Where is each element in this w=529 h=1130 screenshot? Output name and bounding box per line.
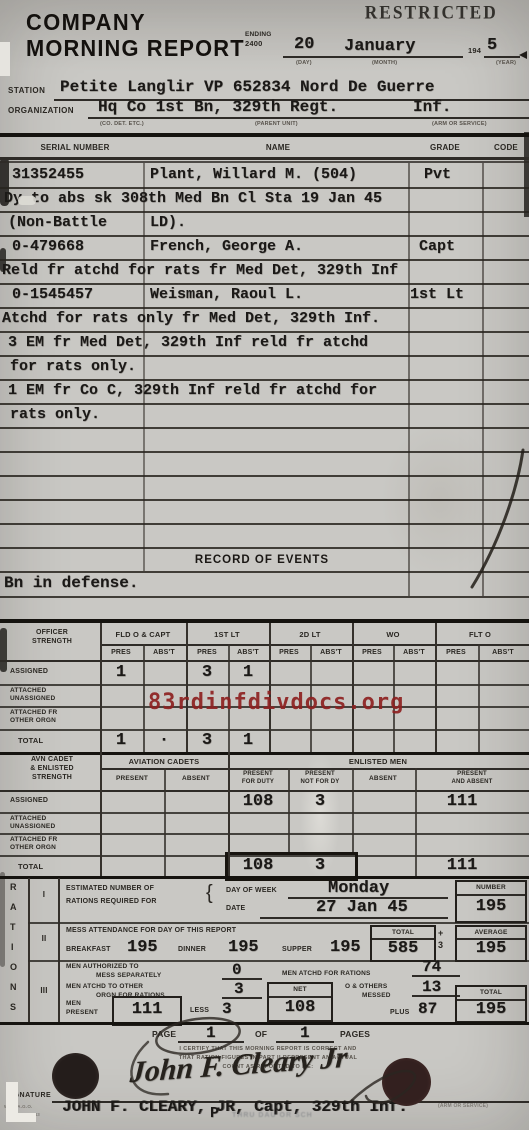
report-month: January: [344, 37, 415, 56]
row-label-assigned: ASSIGNED: [10, 668, 48, 675]
underline: [178, 1041, 244, 1043]
scan-artifact: [0, 872, 5, 967]
grid-vertical: [58, 878, 60, 1022]
rations-roman-3: III: [40, 986, 47, 995]
others-messed-label-1: O & OTHERS: [345, 983, 387, 990]
mess-total-box: TOTAL 585: [370, 925, 436, 962]
officer-corner-line1: OFFICER: [36, 629, 68, 636]
table-row: Reld fr atchd for rats fr Med Det, 329th…: [0, 259, 529, 285]
officer-assigned-1lt-abst: 1: [243, 663, 253, 682]
col-header-code: CODE: [494, 143, 518, 152]
punch-hole: [52, 1053, 99, 1099]
officer-group-flt: FLT O: [469, 630, 491, 639]
year-sublabel: (YEAR): [496, 60, 516, 66]
officer-group-fld: FLD O & CAPT: [116, 630, 171, 639]
day-sublabel: (DAY): [296, 60, 312, 66]
others-messed-label-2: MESSED: [362, 992, 391, 999]
rations-total-value: 195: [476, 1000, 507, 1019]
organization-underline: [88, 117, 529, 119]
grid-vertical: [100, 752, 102, 876]
dinner-label: DINNER: [178, 946, 206, 953]
record-of-events-title: RECORD OF EVENTS: [195, 554, 329, 566]
number-value: 195: [476, 897, 507, 916]
box-divider: [457, 894, 525, 896]
organization-label: ORGANIZATION: [8, 106, 74, 115]
rations-roman-2: II: [42, 934, 47, 943]
cell-remark: rats only.: [10, 406, 100, 423]
organization-service: Inf.: [413, 98, 451, 116]
grid-vertical: [143, 644, 145, 752]
table-row: for rats only.: [0, 355, 529, 381]
grid-vertical: [228, 752, 230, 876]
row-label-attached-fr-2: OTHER ORGN: [10, 717, 56, 724]
day-of-week-label: DAY OF WEEK: [226, 887, 277, 894]
grid-vertical: [269, 623, 271, 752]
scan-artifact: [0, 628, 7, 672]
record-of-events-entry: Bn in defense.: [4, 574, 138, 592]
table-row: Bn in defense.: [0, 571, 529, 598]
grid-vertical: [352, 623, 354, 752]
atchd-rations-value: 74: [422, 958, 441, 976]
abst-label: ABS'T: [320, 649, 342, 656]
net-box: NET 108: [267, 982, 333, 1022]
station-label: STATION: [8, 86, 45, 95]
scan-artifact: [0, 42, 10, 76]
pres-label: PRES: [111, 649, 131, 656]
divisor-sign: +: [438, 928, 443, 938]
col-pa-2: AND ABSENT: [451, 779, 492, 785]
atchd-other-value: 3: [234, 980, 244, 998]
abst-label: ABS'T: [403, 649, 425, 656]
enlisted-assigned-pfd: 108: [243, 792, 274, 811]
rations-letter: S: [10, 1002, 16, 1012]
section-divider: [0, 133, 529, 137]
report-title-line2: MORNING REPORT: [26, 35, 245, 62]
signature-label: SIGNATURE: [6, 1092, 51, 1099]
underline: [412, 995, 460, 997]
row-label-attached-unassigned-2: UNASSIGNED: [10, 695, 55, 702]
report-day: 20: [294, 35, 314, 54]
mess-total-label: TOTAL: [392, 929, 414, 936]
mess-total-value: 585: [388, 939, 419, 958]
grid-vertical: [352, 768, 354, 852]
org-sublabel-3: (ARM OR SERVICE): [432, 121, 487, 127]
less-value: 3: [222, 1000, 232, 1018]
underline: [412, 975, 460, 977]
date-underline: [283, 56, 463, 58]
morning-report-document: RESTRICTED COMPANY MORNING REPORT ENDING…: [0, 0, 529, 1130]
pres-label: PRES: [279, 649, 299, 656]
page-label: PAGE: [152, 1029, 176, 1039]
cell-name: French, George A.: [150, 238, 303, 255]
officer-corner-line2: STRENGTH: [32, 638, 72, 645]
rations-est-label-2: RATIONS REQUIRED FOR: [66, 898, 157, 905]
number-box: NUMBER 195: [455, 880, 527, 923]
col-absent: ABSENT: [369, 775, 397, 782]
pages-value: 1: [300, 1024, 310, 1042]
officer-total-1lt-pres: 3: [202, 731, 212, 750]
organization-value: Hq Co 1st Bn, 329th Regt.: [98, 98, 338, 116]
table-row: Atchd for rats only fr Med Det, 329th In…: [0, 307, 529, 333]
row-label-attached-fr-1: ATTACHED FR: [10, 836, 57, 843]
grid-line: [0, 729, 529, 731]
org-sublabel-2: (PARENT UNIT): [255, 121, 298, 127]
cell-grade: 1st Lt: [410, 286, 464, 303]
of-label: OF: [255, 1029, 267, 1039]
org-sublabel-1: (CO. DET. ETC.): [100, 121, 144, 127]
grid-vertical: [435, 623, 437, 752]
rations-letter: R: [10, 882, 17, 892]
section-divider: [0, 752, 529, 755]
rations-letter: N: [10, 982, 17, 992]
abst-label: ABS'T: [237, 649, 259, 656]
officer-assigned-1lt-pres: 3: [202, 663, 212, 682]
col-av-present: PRESENT: [116, 775, 148, 782]
table-row: rats only.: [0, 403, 529, 429]
grid-line: [28, 960, 529, 962]
enlisted-corner-line1: AVN CADET: [31, 756, 73, 763]
cell-name: LD).: [150, 214, 186, 231]
officer-assigned-fld-pres: 1: [116, 663, 126, 682]
cell-serial: 0-479668: [12, 238, 84, 255]
pages-label: PAGES: [340, 1029, 370, 1039]
col-pfd-1: PRESENT: [243, 771, 273, 777]
col-pfd-2: FOR DUTY: [242, 779, 274, 785]
average-box: AVERAGE 195: [455, 925, 527, 962]
pres-label: PRES: [446, 649, 466, 656]
underline: [260, 917, 448, 919]
breakfast-label: BREAKFAST: [66, 946, 111, 953]
row-label-attached-unassigned-1: ATTACHED: [10, 815, 46, 822]
enlisted-total-pfd: 108: [243, 856, 274, 875]
table-row: 1 EM fr Co C, 329th Inf reld fr atchd fo…: [0, 379, 529, 405]
supper-value: 195: [330, 938, 361, 957]
auth-mess-label-2: MESS SEPARATELY: [96, 972, 161, 979]
aviation-cadets-group: AVIATION CADETS: [129, 757, 200, 766]
table-row: 0-1545457 Weisman, Raoul L. 1st Lt: [0, 283, 529, 309]
form-id: W.D., A.G.O.: [4, 1104, 32, 1109]
year-digit: 5: [487, 36, 497, 55]
cell-remark: Dy to abs sk 308th Med Bn Cl Sta 19 Jan …: [4, 190, 382, 207]
rations-total-label: TOTAL: [480, 989, 502, 996]
auth-mess-value: 0: [232, 961, 242, 979]
underline: [222, 997, 262, 999]
net-label: NET: [293, 986, 307, 993]
watermark: 83rdinfdivdocs.org: [148, 690, 404, 715]
enlisted-assigned-pnfd: 3: [315, 792, 325, 811]
plus-value: 87: [418, 1000, 437, 1018]
grid-line: [0, 660, 529, 662]
grid-vertical: [186, 623, 188, 752]
grid-line: [100, 644, 529, 646]
section-divider: [0, 619, 529, 623]
col-header-serial: SERIAL NUMBER: [40, 143, 109, 152]
cell-serial: 31352455: [12, 166, 84, 183]
rations-letter: O: [10, 962, 17, 972]
col-header-grade: GRADE: [430, 143, 460, 152]
report-title-line1: COMPANY: [26, 9, 146, 36]
rations-est-label-1: ESTIMATED NUMBER OF: [66, 885, 154, 892]
pen-tick: [519, 51, 527, 59]
ending-label: ENDING: [245, 31, 271, 38]
table-row: (Non-Battle LD).: [0, 211, 529, 237]
row-label-attached-fr-2: OTHER ORGN: [10, 844, 56, 851]
grid-line: [0, 812, 529, 814]
station-value: Petite Langlir VP 652834 Nord De Guerre: [60, 78, 434, 96]
ending-value: 2400: [245, 39, 263, 48]
table-row-blank: [0, 475, 529, 501]
grid-line: [0, 684, 529, 686]
men-present-label-2: PRESENT: [66, 1009, 98, 1016]
month-sublabel: (MONTH): [372, 60, 397, 66]
enlisted-assigned-pa: 111: [447, 792, 478, 811]
grid-vertical: [288, 768, 290, 852]
cell-serial: (Non-Battle: [8, 214, 107, 231]
grid-line: [0, 833, 529, 835]
table-row: 31352455 Plant, Willard M. (504) Pvt: [0, 163, 529, 189]
others-messed-value: 13: [422, 978, 441, 996]
cell-remark: Atchd for rats only fr Med Det, 329th In…: [2, 310, 380, 327]
cell-remark: for rats only.: [10, 358, 136, 375]
cell-serial: 0-1545457: [12, 286, 93, 303]
rations-letter: A: [10, 902, 17, 912]
arm-service-sublabel: (ARM OR SERVICE): [438, 1103, 488, 1109]
cell-remark: 3 EM fr Med Det, 329th Inf reld fr atchd: [8, 334, 368, 351]
row-label-total: TOTAL: [18, 736, 43, 745]
grid-vertical: [415, 768, 417, 876]
year-prefix: 194: [468, 46, 481, 55]
header-rule: [0, 157, 529, 160]
mess-attendance-label: MESS ATTENDANCE FOR DAY OF THIS REPORT: [66, 927, 236, 934]
table-row: Dy to abs sk 308th Med Bn Cl Sta 19 Jan …: [0, 187, 529, 213]
less-label: LESS: [190, 1007, 209, 1014]
p-mark: P: [210, 1105, 219, 1122]
table-row: 3 EM fr Med Det, 329th Inf reld fr atchd: [0, 331, 529, 357]
cell-remark: Reld fr atchd for rats fr Med Det, 329th…: [2, 262, 398, 279]
col-header-name: NAME: [266, 143, 290, 152]
cell-grade: Capt: [419, 238, 455, 255]
table-row-blank: [0, 427, 529, 453]
pres-label: PRES: [197, 649, 217, 656]
cell-remark: 1 EM fr Co C, 329th Inf reld fr atchd fo…: [8, 382, 377, 399]
grid-vertical: [478, 644, 480, 752]
average-label: AVERAGE: [474, 929, 507, 936]
date-label: DATE: [226, 905, 245, 912]
divisor-value: 3: [438, 940, 443, 950]
enlisted-total-pa: 111: [447, 856, 478, 875]
table-row-blank: [0, 451, 529, 477]
brace: {: [206, 882, 213, 905]
abst-label: ABS'T: [153, 649, 175, 656]
men-present-value: 111: [132, 1000, 163, 1019]
page-value: 1: [206, 1024, 216, 1042]
grid-vertical: [100, 623, 102, 752]
dinner-value: 195: [228, 938, 259, 957]
year-underline: [484, 56, 520, 58]
row-label-attached-unassigned-2: UNASSIGNED: [10, 823, 55, 830]
cell-grade: Pvt: [424, 166, 451, 183]
table-row-blank: [0, 523, 529, 549]
signature-script: John F. Cleary Jr: [129, 1041, 349, 1090]
day-of-week-value: Monday: [328, 879, 389, 898]
row-label-attached-unassigned-1: ATTACHED: [10, 687, 46, 694]
col-pnfd-1: PRESENT: [305, 771, 335, 777]
classification-stamp: RESTRICTED: [365, 2, 498, 24]
faint-stamp: THRU DAU OR SCH: [232, 1112, 313, 1119]
net-value: 108: [285, 998, 316, 1017]
officer-group-1lt: 1ST LT: [214, 630, 240, 639]
table-row: RECORD OF EVENTS: [0, 547, 529, 573]
cell-name: Weisman, Raoul L.: [150, 286, 303, 303]
table-row-blank: [0, 596, 529, 620]
supper-label: SUPPER: [282, 946, 312, 953]
enlisted-corner-line3: STRENGTH: [32, 774, 72, 781]
atchd-other-label-1: MEN ATCHD TO OTHER: [66, 983, 143, 990]
row-label-total: TOTAL: [18, 862, 43, 871]
grid-vertical: [164, 768, 166, 876]
officer-total-1lt-abst: 1: [243, 731, 253, 750]
row-label-assigned: ASSIGNED: [10, 797, 48, 804]
col-av-absent: ABSENT: [182, 775, 210, 782]
rations-total-box: TOTAL 195: [455, 985, 527, 1023]
officer-group-2lt: 2D LT: [299, 630, 320, 639]
officer-group-wo: WO: [386, 630, 399, 639]
enlisted-corner-line2: & ENLISTED: [30, 765, 74, 772]
plus-label: PLUS: [390, 1009, 409, 1016]
atchd-rations-label: MEN ATCHD FOR RATIONS: [282, 970, 371, 977]
col-pa-1: PRESENT: [457, 771, 487, 777]
col-pnfd-2: NOT FOR DY: [301, 779, 340, 785]
auth-mess-label-1: MEN AUTHORIZED TO: [66, 963, 139, 970]
enlisted-men-group: ENLISTED MEN: [349, 757, 407, 766]
breakfast-value: 195: [127, 938, 158, 957]
pres-label: PRES: [362, 649, 382, 656]
men-present-label-1: MEN: [66, 1000, 81, 1007]
officer-total-fld-pres: 1: [116, 731, 126, 750]
average-value: 195: [476, 939, 507, 958]
grid-line: [28, 922, 529, 924]
table-row-blank: [0, 499, 529, 525]
date-value: 27 Jan 45: [316, 898, 408, 917]
officer-total-fld-abst: ·: [159, 731, 169, 750]
enlisted-total-pnfd: 3: [315, 856, 325, 875]
abst-label: ABS'T: [492, 649, 514, 656]
rations-letter: I: [11, 942, 14, 952]
section-divider: [0, 876, 529, 879]
punch-hole: [382, 1058, 431, 1106]
form-date: MARCH 1943: [10, 1112, 40, 1117]
row-label-attached-fr-1: ATTACHED FR: [10, 709, 57, 716]
table-row: 0-479668 French, George A. Capt: [0, 235, 529, 261]
grid-vertical: [28, 878, 30, 1022]
number-label: NUMBER: [476, 884, 506, 891]
cell-name: Plant, Willard M. (504): [150, 166, 357, 183]
section-divider: [0, 1022, 529, 1025]
rations-letter: T: [10, 922, 16, 932]
rations-roman-1: I: [43, 890, 45, 899]
